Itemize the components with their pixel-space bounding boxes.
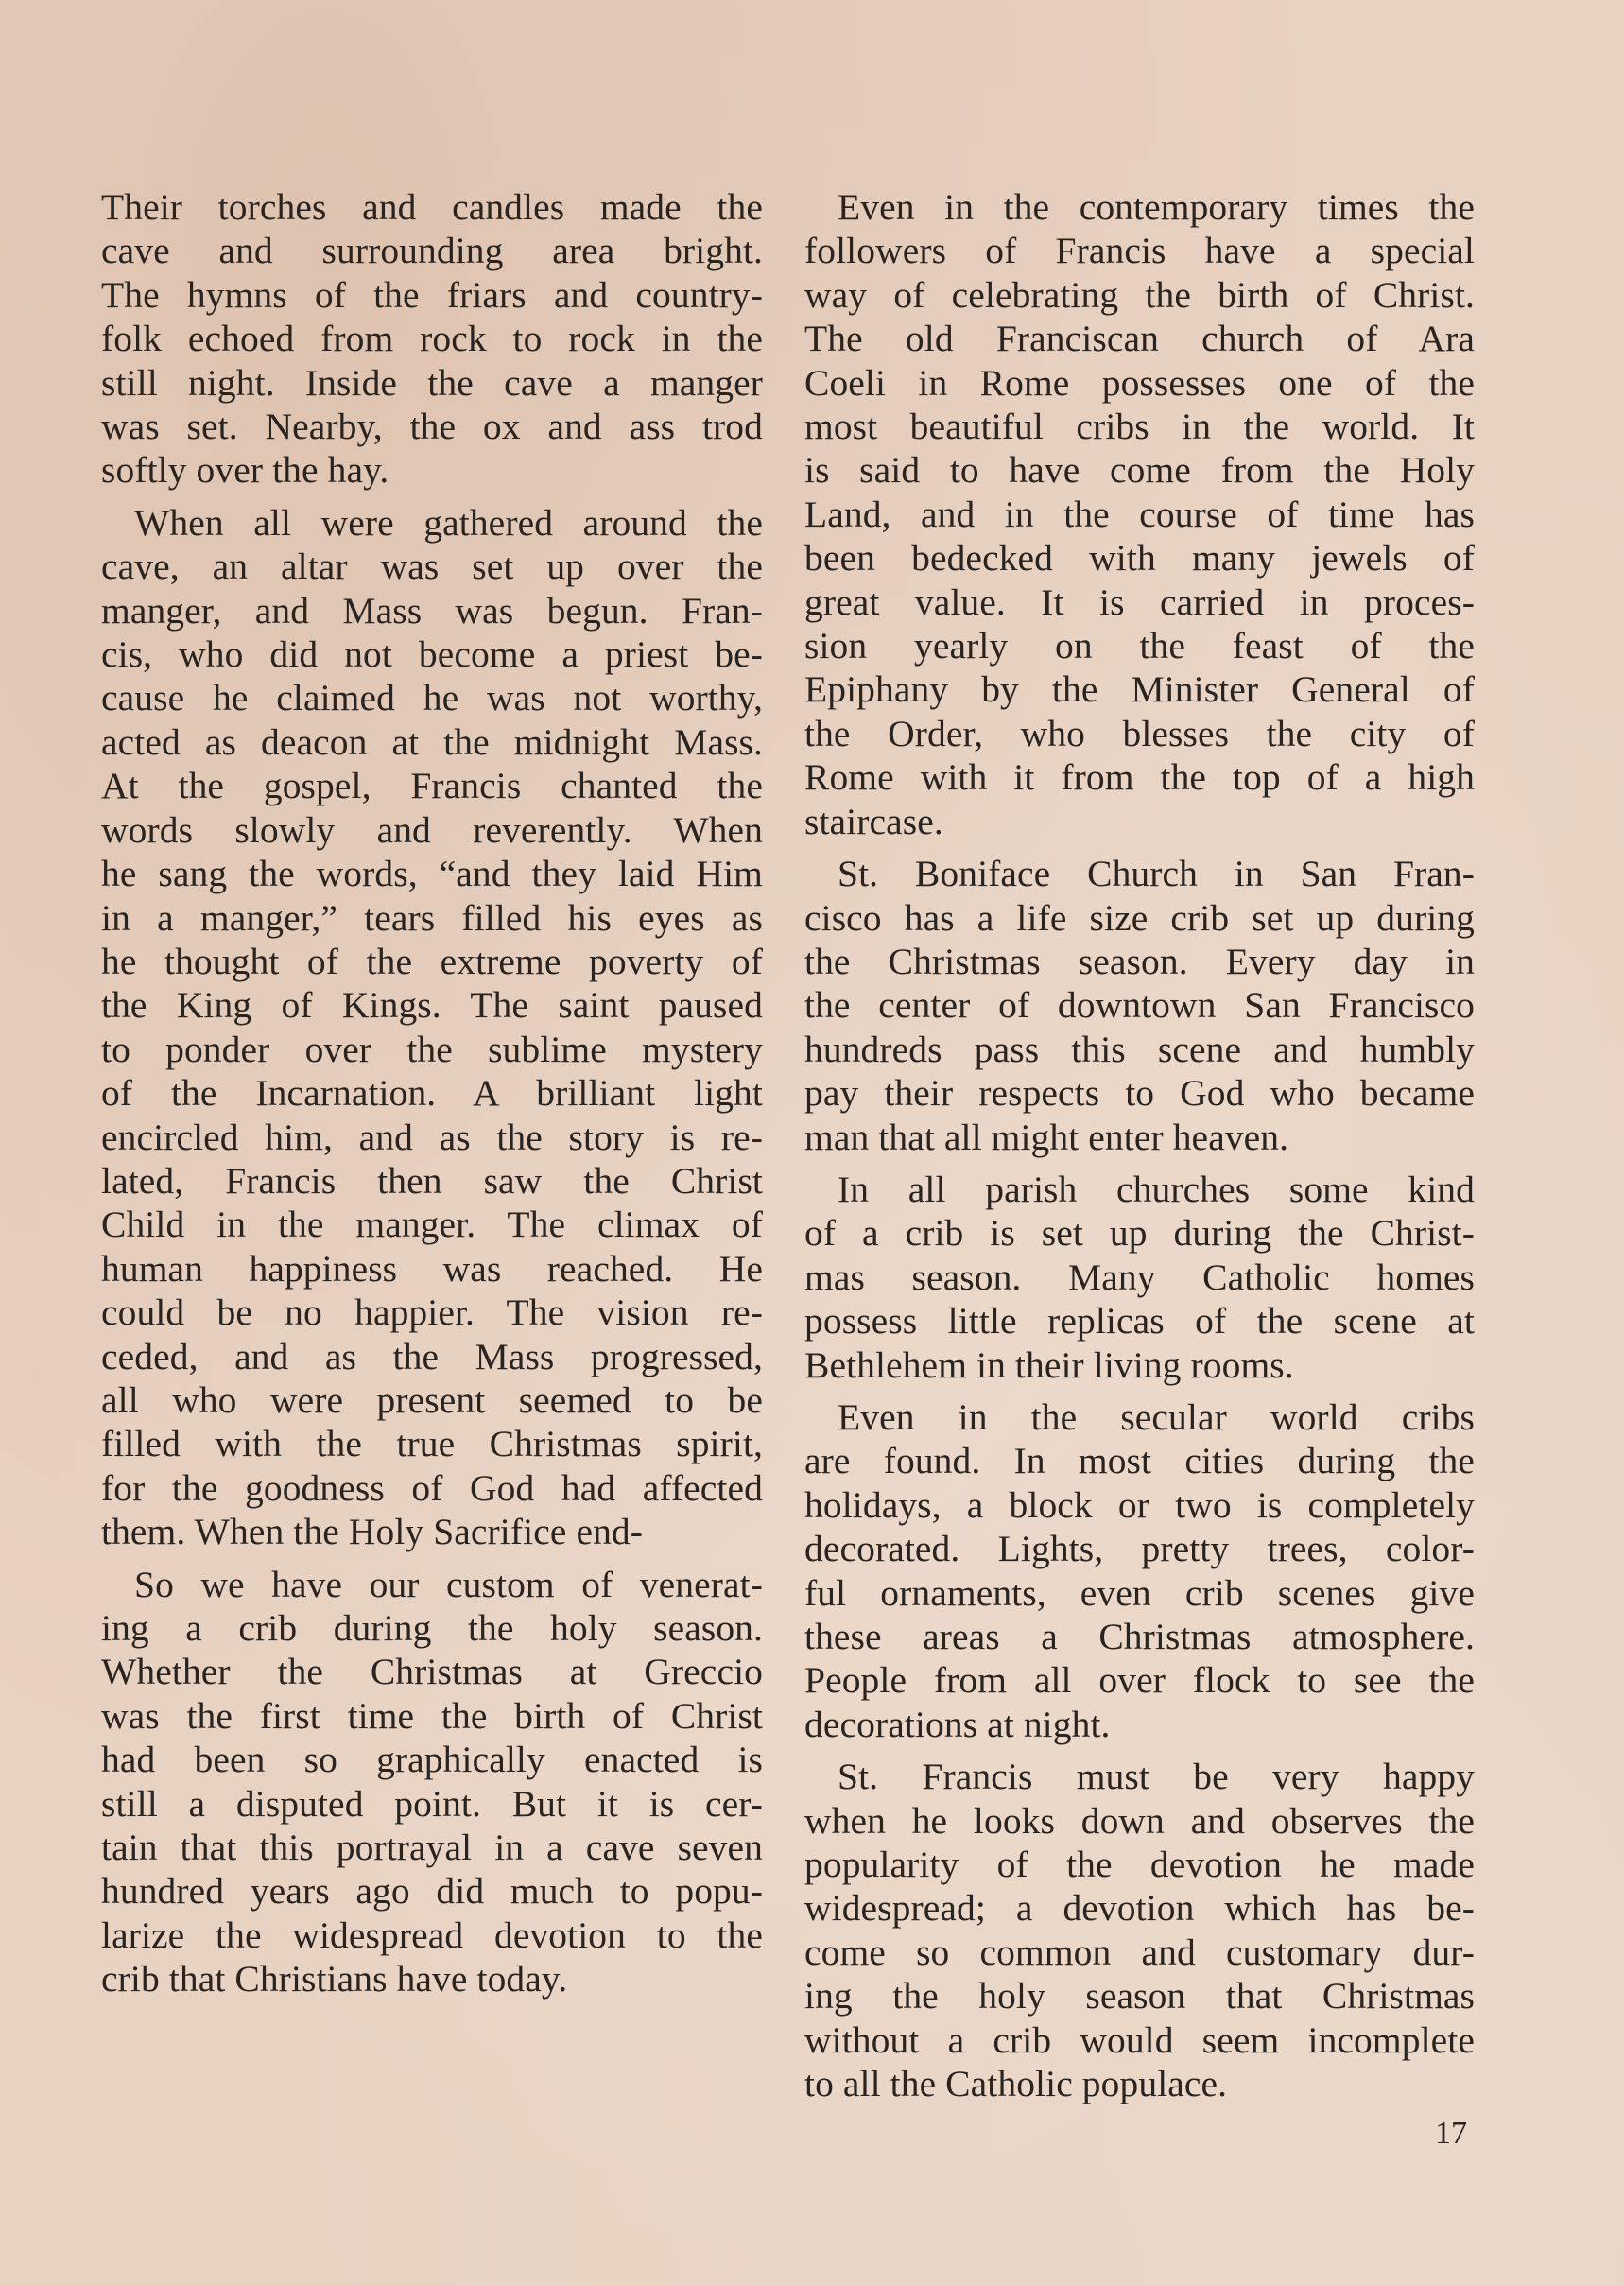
text-line: man that all might enter heaven. bbox=[804, 1116, 1475, 1159]
text-line: hundred years ago did much to popu- bbox=[101, 1869, 763, 1913]
text-line: mas season. Many Catholic homes bbox=[804, 1256, 1475, 1299]
text-line: lated, Francis then saw the Christ bbox=[101, 1159, 763, 1203]
text-line: are found. In most cities during the bbox=[804, 1439, 1475, 1482]
text-line: had been so graphically enacted is bbox=[101, 1738, 763, 1781]
text-line: cisco has a life size crib set up during bbox=[804, 896, 1475, 940]
text-line: to ponder over the sublime mystery bbox=[101, 1028, 763, 1071]
text-line: The hymns of the friars and country- bbox=[101, 273, 763, 317]
text-line: way of celebrating the birth of Christ. bbox=[804, 273, 1475, 317]
text-line: great value. It is carried in proces- bbox=[804, 580, 1475, 624]
text-line: he sang the words, “and they laid Him bbox=[101, 852, 763, 895]
text-line: cave and surrounding area bright. bbox=[101, 229, 763, 272]
text-line: without a crib would seem incomplete bbox=[804, 2018, 1475, 2062]
text-line: cause he claimed he was not worthy, bbox=[101, 676, 763, 719]
text-line: for the goodness of God had affected bbox=[101, 1466, 763, 1510]
text-line: Even in the contemporary times the bbox=[804, 185, 1475, 229]
text-line: larize the widespread devotion to the bbox=[101, 1914, 763, 1957]
text-line: could be no happier. The vision re- bbox=[101, 1290, 763, 1334]
page-number: 17 bbox=[1435, 2115, 1467, 2153]
text-line: the King of Kings. The saint paused bbox=[101, 983, 763, 1027]
text-line: these areas a Christmas atmosphere. bbox=[804, 1615, 1475, 1658]
text-line: So we have our custom of venerat- bbox=[101, 1563, 763, 1606]
document-page: Their torches and candles made the cave … bbox=[0, 0, 1624, 2286]
text-line: of the Incarnation. A brilliant light bbox=[101, 1071, 763, 1115]
text-line: to all the Catholic populace. bbox=[804, 2062, 1475, 2105]
text-line: manger, and Mass was begun. Fran- bbox=[101, 589, 763, 632]
text-line: the center of downtown San Francisco bbox=[804, 983, 1475, 1027]
text-line: Child in the manger. The climax of bbox=[101, 1203, 763, 1246]
text-line: is said to have come from the Holy bbox=[804, 448, 1475, 492]
text-line: ceded, and as the Mass progressed, bbox=[101, 1335, 763, 1378]
text-line: in a manger,” tears filled his eyes as bbox=[101, 896, 763, 940]
text-line: People from all over flock to see the bbox=[804, 1658, 1475, 1702]
text-line: followers of Francis have a special bbox=[804, 229, 1475, 272]
text-line: all who were present seemed to be bbox=[101, 1378, 763, 1422]
text-line: When all were gathered around the bbox=[101, 501, 763, 545]
paragraph: So we have our custom of venerat- ing a … bbox=[101, 1563, 763, 2001]
text-line: crib that Christians have today. bbox=[101, 1957, 763, 2000]
text-line: At the gospel, Francis chanted the bbox=[101, 764, 763, 807]
left-column: Their torches and candles made the cave … bbox=[101, 185, 763, 2010]
paragraph: Even in the secular world cribs are foun… bbox=[804, 1395, 1475, 1746]
text-line: human happiness was reached. He bbox=[101, 1247, 763, 1290]
text-line: tain that this portrayal in a cave seven bbox=[101, 1826, 763, 1869]
text-line: still night. Inside the cave a manger bbox=[101, 361, 763, 405]
text-line: when he looks down and observes the bbox=[804, 1799, 1475, 1843]
text-line: acted as deacon at the midnight Mass. bbox=[101, 720, 763, 764]
text-line: possess little replicas of the scene at bbox=[804, 1299, 1475, 1342]
text-line: Land, and in the course of time has bbox=[804, 493, 1475, 536]
text-line: the Order, who blesses the city of bbox=[804, 712, 1475, 755]
text-line: Epiphany by the Minister General of bbox=[804, 667, 1475, 711]
text-line: folk echoed from rock to rock in the bbox=[101, 317, 763, 360]
right-column: Even in the contemporary times the follo… bbox=[804, 185, 1475, 2114]
text-line: Bethlehem in their living rooms. bbox=[804, 1343, 1475, 1387]
text-line: he thought of the extreme poverty of bbox=[101, 940, 763, 983]
text-line: ful ornaments, even crib scenes give bbox=[804, 1571, 1475, 1615]
paragraph: St. Francis must be very happy when he l… bbox=[804, 1755, 1475, 2105]
text-line: was set. Nearby, the ox and ass trod bbox=[101, 405, 763, 448]
paragraph: In all parish churches some kind of a cr… bbox=[804, 1168, 1475, 1387]
text-line: holidays, a block or two is completely bbox=[804, 1483, 1475, 1527]
paragraph: When all were gathered around the cave, … bbox=[101, 501, 763, 1554]
text-line: of a crib is set up during the Christ- bbox=[804, 1211, 1475, 1255]
paragraph: St. Boniface Church in San Fran- cisco h… bbox=[804, 852, 1475, 1159]
text-line: widespread; a devotion which has be- bbox=[804, 1886, 1475, 1930]
text-line: Whether the Christmas at Greccio bbox=[101, 1650, 763, 1693]
text-line: still a disputed point. But it is cer- bbox=[101, 1782, 763, 1826]
text-line: ing the holy season that Christmas bbox=[804, 1974, 1475, 2018]
text-line: St. Francis must be very happy bbox=[804, 1755, 1475, 1798]
paragraph: Their torches and candles made the cave … bbox=[101, 185, 763, 493]
text-line: ing a crib during the holy season. bbox=[101, 1606, 763, 1650]
text-line: staircase. bbox=[804, 800, 1475, 843]
text-line: pay their respects to God who became bbox=[804, 1071, 1475, 1115]
text-line: them. When the Holy Sacrifice end- bbox=[101, 1510, 763, 1553]
text-line: cave, an altar was set up over the bbox=[101, 545, 763, 588]
text-line: Coeli in Rome possesses one of the bbox=[804, 361, 1475, 405]
text-line: filled with the true Christmas spirit, bbox=[101, 1422, 763, 1465]
text-line: sion yearly on the feast of the bbox=[804, 624, 1475, 667]
text-line: the Christmas season. Every day in bbox=[804, 940, 1475, 983]
text-line: Even in the secular world cribs bbox=[804, 1395, 1475, 1439]
text-line: decorated. Lights, pretty trees, color- bbox=[804, 1527, 1475, 1570]
text-line: words slowly and reverently. When bbox=[101, 808, 763, 852]
text-line: come so common and customary dur- bbox=[804, 1931, 1475, 1974]
text-line: popularity of the devotion he made bbox=[804, 1843, 1475, 1886]
text-line: decorations at night. bbox=[804, 1703, 1475, 1746]
text-line: In all parish churches some kind bbox=[804, 1168, 1475, 1211]
text-line: Their torches and candles made the bbox=[101, 185, 763, 229]
text-line: softly over the hay. bbox=[101, 448, 763, 492]
text-line: Rome with it from the top of a high bbox=[804, 755, 1475, 799]
text-line: been bedecked with many jewels of bbox=[804, 536, 1475, 580]
text-line: cis, who did not become a priest be- bbox=[101, 632, 763, 676]
text-line: The old Franciscan church of Ara bbox=[804, 317, 1475, 360]
paragraph: Even in the contemporary times the follo… bbox=[804, 185, 1475, 843]
text-line: most beautiful cribs in the world. It bbox=[804, 405, 1475, 448]
text-line: hundreds pass this scene and humbly bbox=[804, 1028, 1475, 1071]
text-line: was the first time the birth of Christ bbox=[101, 1694, 763, 1738]
text-line: encircled him, and as the story is re- bbox=[101, 1116, 763, 1159]
text-line: St. Boniface Church in San Fran- bbox=[804, 852, 1475, 895]
